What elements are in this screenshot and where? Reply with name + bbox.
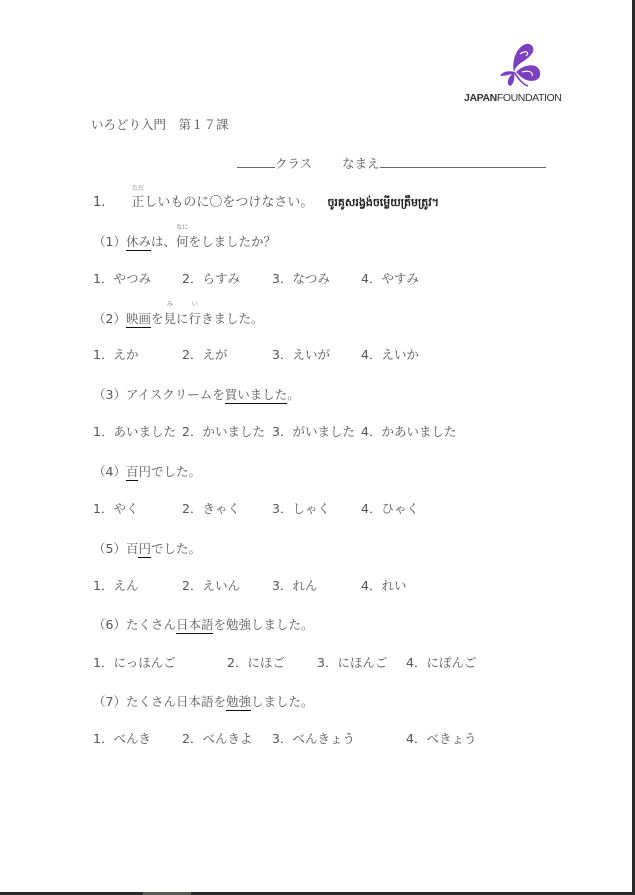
choices-row: 1．にっほんご2．にほご3．にほんご4．にぽんご bbox=[93, 655, 513, 671]
question-text: たくさん日本語を bbox=[126, 694, 226, 709]
question-6: （6）たくさん日本語を勉強しました。 bbox=[93, 617, 314, 633]
target-word-underlined: 勉強 bbox=[226, 694, 251, 711]
ruby-kanji: い行 bbox=[189, 311, 202, 327]
answer-choice-3[interactable]: 3．えいが bbox=[272, 347, 330, 363]
answer-choice-4[interactable]: 4．ひゃく bbox=[361, 501, 419, 517]
choices-row: 1．やく2．きゃく3．しゃく4．ひゃく bbox=[93, 501, 513, 517]
ruby-kanji: ただ正 bbox=[131, 195, 144, 211]
answer-choice-4[interactable]: 4．れい bbox=[361, 578, 406, 594]
ruby-kanji: み見 bbox=[163, 311, 176, 327]
question-number: （6） bbox=[93, 617, 126, 632]
choices-row: 1．あいました2．かいました3．がいました4．かあいました bbox=[93, 424, 513, 440]
khmer-instruction: ចូរគូសរង្វង់ចម្លើយត្រឹមត្រូវ។ bbox=[327, 196, 439, 209]
furigana: み bbox=[163, 302, 176, 308]
question-text: しました。 bbox=[251, 694, 314, 709]
ruby-kanji: なに何 bbox=[176, 234, 189, 250]
target-word-underlined: 映画 bbox=[126, 311, 151, 328]
question-text: を勉強しました。 bbox=[213, 617, 313, 632]
question-number: （4） bbox=[93, 464, 126, 479]
answer-choice-3[interactable]: 3．がいました bbox=[272, 424, 355, 440]
answer-choice-1[interactable]: 1．べんき bbox=[93, 731, 151, 747]
answer-choice-3[interactable]: 3．にほんご bbox=[317, 655, 387, 671]
target-word-underlined: 買いました bbox=[225, 387, 288, 404]
answer-choice-2[interactable]: 2．かいました bbox=[182, 424, 265, 440]
class-blank[interactable] bbox=[237, 154, 275, 168]
question-5: （5）百円でした。 bbox=[93, 541, 201, 557]
question-number: （1） bbox=[93, 234, 126, 249]
answer-choice-1[interactable]: 1．えか bbox=[93, 347, 138, 363]
question-text: アイスクリームを bbox=[126, 387, 225, 402]
question-text: は、 bbox=[151, 234, 176, 249]
answer-choice-2[interactable]: 2．えいん bbox=[182, 578, 240, 594]
furigana: ただ bbox=[131, 186, 144, 192]
furigana: なに bbox=[176, 225, 189, 231]
question-text: 。 bbox=[287, 387, 300, 402]
question-text: たくさん bbox=[126, 617, 176, 632]
question-text: きました。 bbox=[201, 311, 264, 326]
question-text: をしましたか？ bbox=[189, 234, 277, 249]
question-number: （7） bbox=[93, 694, 126, 709]
answer-choice-2[interactable]: 2．えが bbox=[182, 347, 227, 363]
section-number: 1. bbox=[93, 195, 105, 210]
answer-choice-2[interactable]: 2．にほご bbox=[227, 655, 285, 671]
question-2: （2）映画をみ見にい行きました。 bbox=[93, 311, 264, 327]
question-3: （3）アイスクリームを買いました。 bbox=[93, 387, 300, 403]
question-1: （1）休みは、なに何をしましたか？ bbox=[93, 234, 276, 250]
worksheet-page: JAPANFOUNDATION いろどり入門 第１７課 クラスなまえ 1.ただ正… bbox=[0, 0, 635, 895]
name-blank[interactable] bbox=[380, 154, 546, 168]
answer-choice-1[interactable]: 1．にっほんご bbox=[93, 655, 176, 671]
answer-choice-1[interactable]: 1．あいました bbox=[93, 424, 176, 440]
answer-choice-4[interactable]: 4．べきょう bbox=[406, 731, 476, 747]
answer-choice-2[interactable]: 2．きゃく bbox=[182, 501, 240, 517]
question-4: （4）百円でした。 bbox=[93, 464, 201, 480]
question-7: （7）たくさん日本語を勉強しました。 bbox=[93, 694, 314, 710]
question-text: 円でした。 bbox=[138, 464, 201, 479]
answer-choice-3[interactable]: 3．なつみ bbox=[272, 271, 330, 287]
question-text: を bbox=[151, 311, 164, 326]
furigana: い bbox=[189, 302, 202, 308]
butterfly-logo-icon bbox=[498, 42, 544, 90]
class-name-row: クラスなまえ bbox=[237, 154, 546, 172]
question-text: に bbox=[176, 311, 189, 326]
section-instruction: 1.ただ正しいものに〇をつけなさい。ចូរគូសរង្វង់ចម្លើយត្រឹ… bbox=[93, 195, 439, 211]
answer-choice-2[interactable]: 2．らすみ bbox=[182, 271, 240, 287]
target-word-underlined: 日本語 bbox=[176, 617, 214, 634]
answer-choice-1[interactable]: 1．やく bbox=[93, 501, 138, 517]
answer-choice-4[interactable]: 4．やすみ bbox=[361, 271, 419, 287]
question-number: （2） bbox=[93, 311, 126, 326]
answer-choice-1[interactable]: 1．えん bbox=[93, 578, 138, 594]
answer-choice-1[interactable]: 1．やつみ bbox=[93, 271, 151, 287]
choices-row: 1．えか2．えが3．えいが4．えいか bbox=[93, 347, 513, 363]
target-word-underlined: 円 bbox=[138, 541, 151, 558]
target-word-underlined: 百 bbox=[126, 464, 139, 481]
answer-choice-4[interactable]: 4．にぽんご bbox=[406, 655, 476, 671]
answer-choice-2[interactable]: 2．べんきよ bbox=[182, 731, 252, 747]
choices-row: 1．えん2．えいん3．れん4．れい bbox=[93, 578, 513, 594]
instruction-text: しいものに〇をつけなさい。 bbox=[144, 195, 313, 210]
target-word-underlined: 休み bbox=[126, 234, 151, 251]
japan-foundation-logo: JAPANFOUNDATION bbox=[464, 42, 548, 108]
answer-choice-3[interactable]: 3．べんきょう bbox=[272, 731, 355, 747]
class-label: クラス bbox=[275, 156, 312, 171]
question-text: 百 bbox=[126, 541, 139, 556]
question-text: でした。 bbox=[151, 541, 201, 556]
answer-choice-3[interactable]: 3．れん bbox=[272, 578, 317, 594]
name-label: なまえ bbox=[342, 156, 380, 171]
worksheet-title: いろどり入門 第１７課 bbox=[91, 117, 229, 133]
question-number: （5） bbox=[93, 541, 126, 556]
answer-choice-4[interactable]: 4．かあいました bbox=[361, 424, 456, 440]
choices-row: 1．べんき2．べんきよ3．べんきょう4．べきょう bbox=[93, 731, 513, 747]
answer-choice-3[interactable]: 3．しゃく bbox=[272, 501, 330, 517]
logo-wordmark: JAPANFOUNDATION bbox=[464, 92, 548, 104]
question-number: （3） bbox=[93, 387, 126, 402]
choices-row: 1．やつみ2．らすみ3．なつみ4．やすみ bbox=[93, 271, 513, 287]
answer-choice-4[interactable]: 4．えいか bbox=[361, 347, 419, 363]
